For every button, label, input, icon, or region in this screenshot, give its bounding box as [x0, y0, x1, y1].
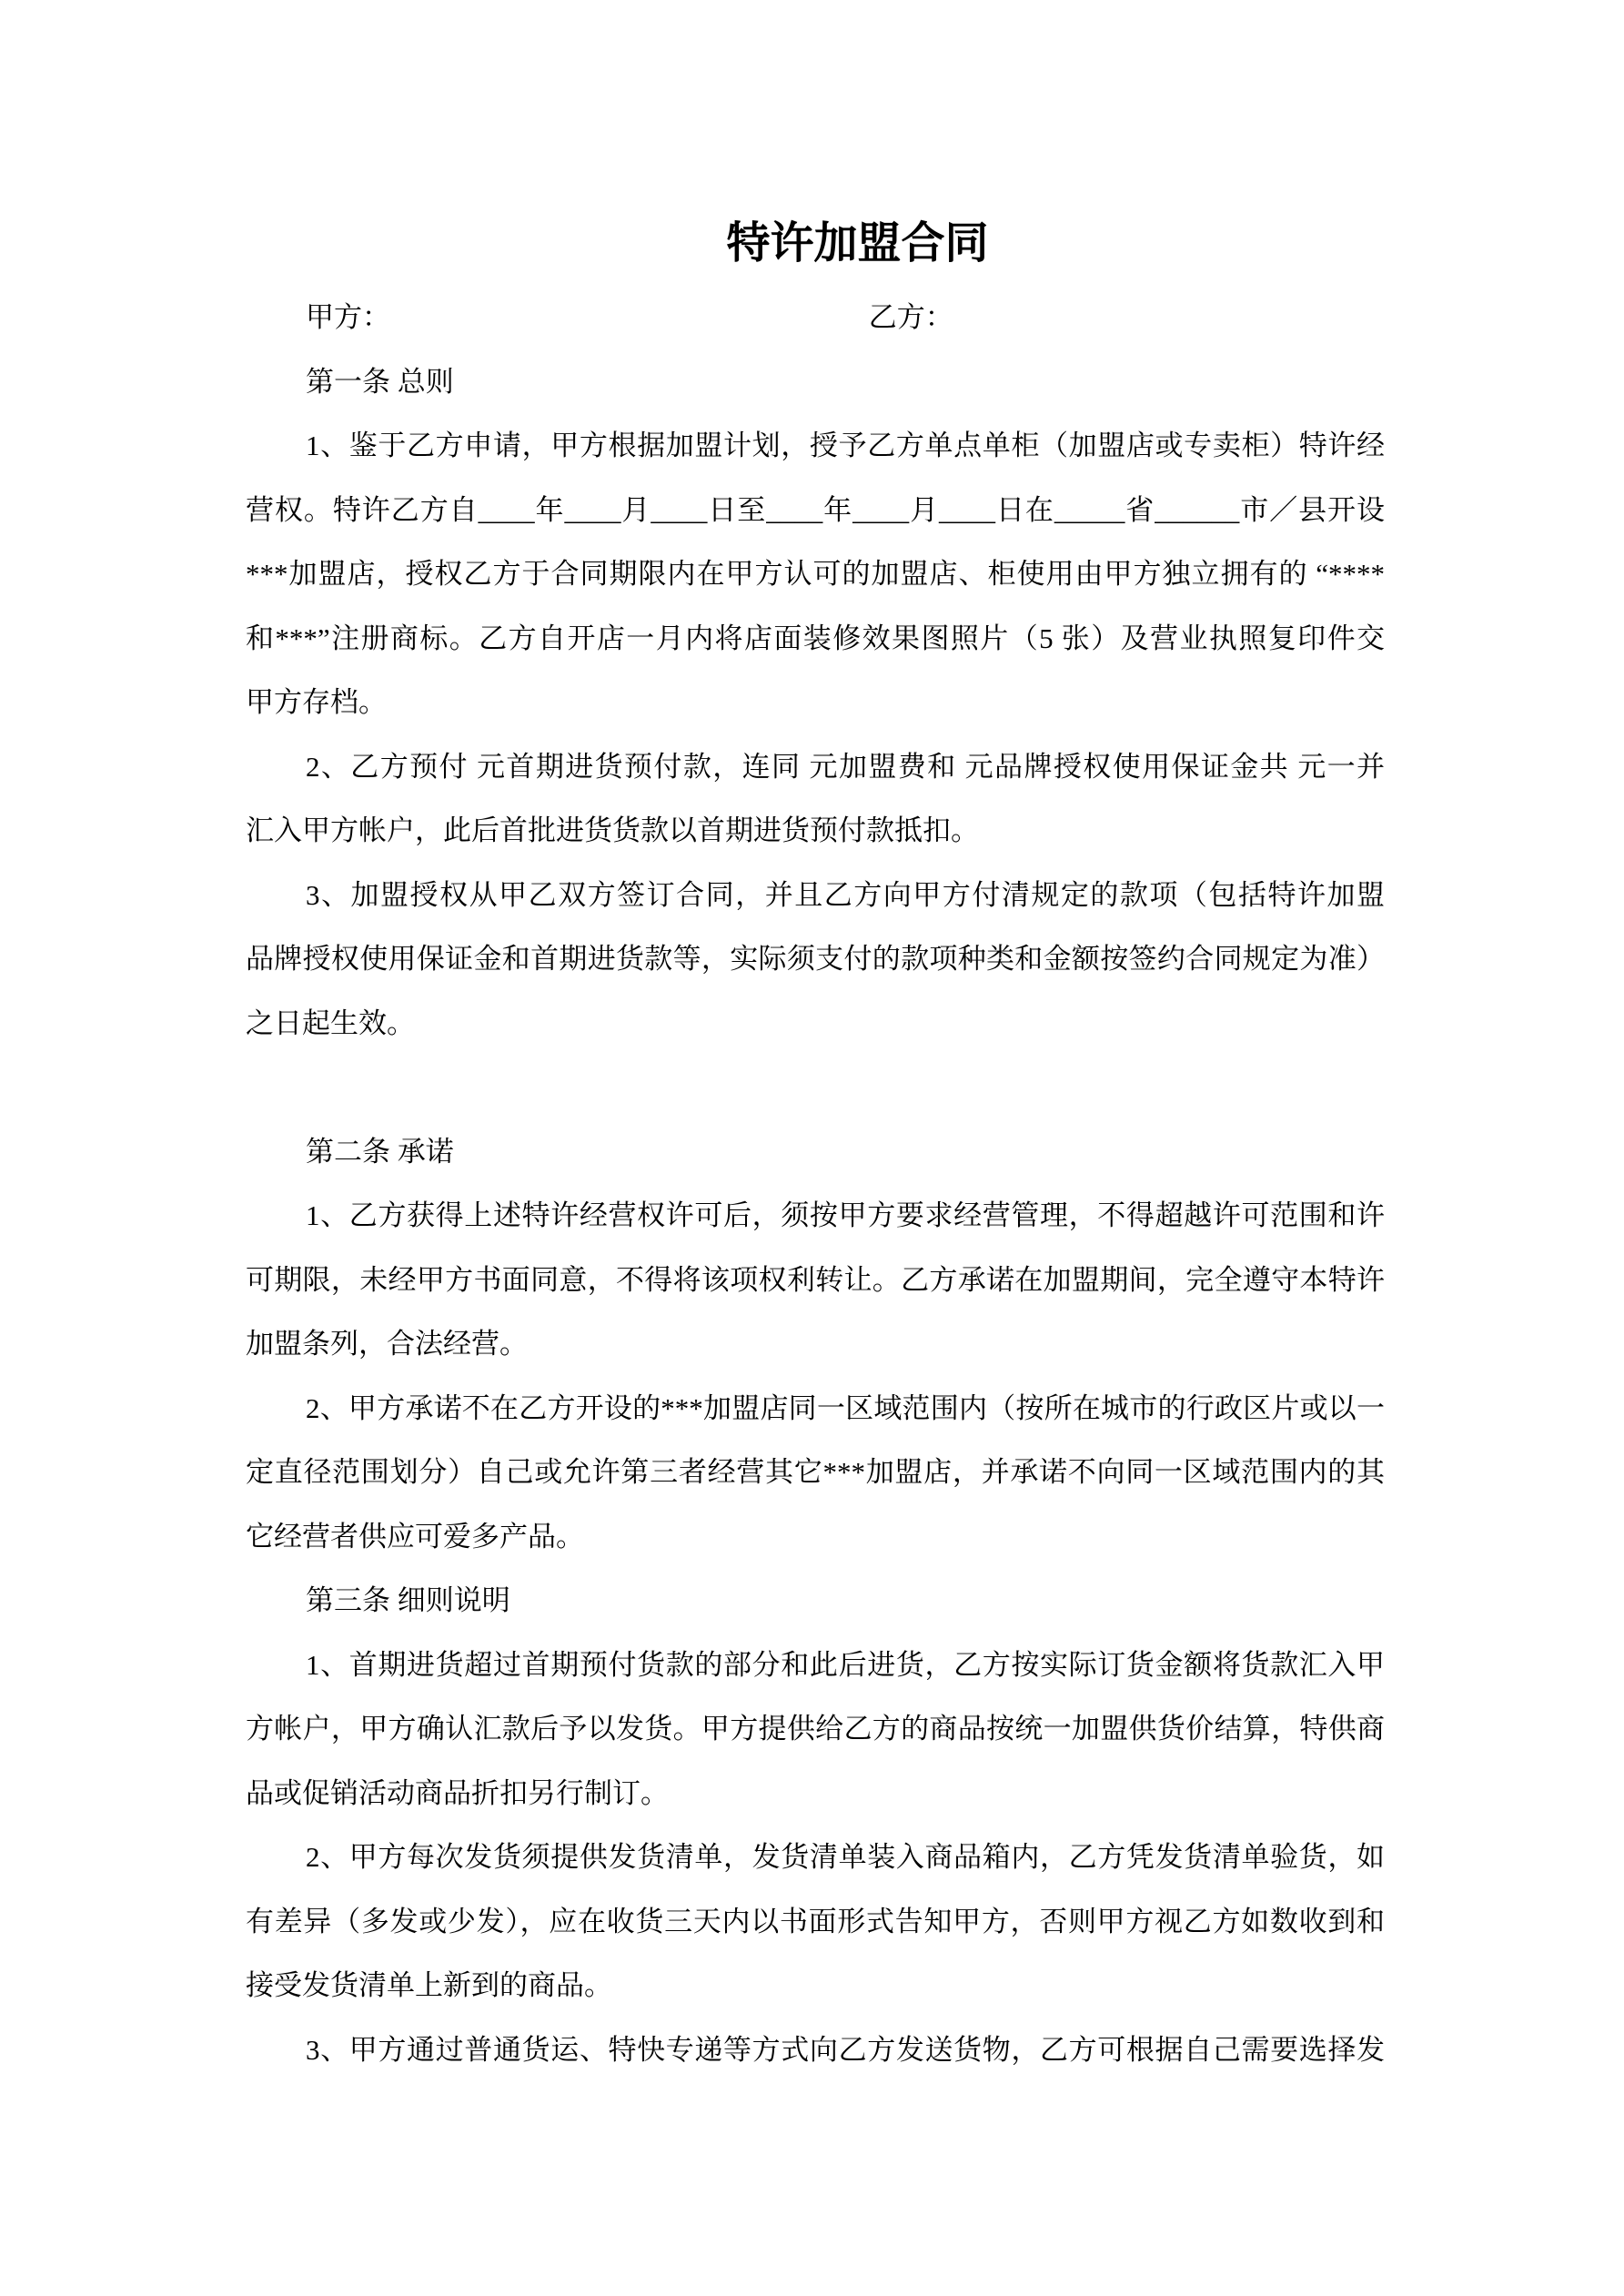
text-line: 1、鉴于乙方申请，甲方根据加盟计划，授予乙方单点单柜（加盟店或专卖柜）特许经: [246, 414, 1385, 479]
text-line: 1、首期进货超过首期预付货款的部分和此后进货，乙方按实际订货金额将货款汇入甲: [246, 1633, 1385, 1698]
text-line: 3、加盟授权从甲乙双方签订合同，并且乙方向甲方付清规定的款项（包括特许加盟费、: [246, 864, 1385, 928]
text-line: 营权。特许乙方自____年____月____日至____年____月____日在…: [246, 479, 1385, 543]
section-heading: 第三条 细则说明: [246, 1569, 1385, 1633]
text-line: 2、甲方每次发货须提供发货清单，发货清单装入商品箱内，乙方凭发货清单验货，如: [246, 1826, 1385, 1890]
lines-host: 第一条 总则1、鉴于乙方申请，甲方根据加盟计划，授予乙方单点单柜（加盟店或专卖柜…: [246, 350, 1385, 2083]
text-line: 可期限，未经甲方书面同意，不得将该项权利转让。乙方承诺在加盟期间，完全遵守本特许: [246, 1249, 1385, 1313]
section-heading: 第一条 总则: [246, 350, 1385, 415]
section-heading: 第二条 承诺: [246, 1120, 1385, 1185]
text-line: 加盟条列，合法经营。: [246, 1312, 1385, 1377]
document-body: 甲方： 乙方： 第一条 总则1、鉴于乙方申请，甲方根据加盟计划，授予乙方单点单柜…: [246, 286, 1385, 2082]
text-line: 和***”注册商标。乙方自开店一月内将店面装修效果图照片（5 张）及营业执照复印…: [246, 607, 1385, 672]
contract-page: 特许加盟合同 甲方： 乙方： 第一条 总则1、鉴于乙方申请，甲方根据加盟计划，授…: [0, 0, 1624, 2296]
text-line: 3、甲方通过普通货运、特快专递等方式向乙方发送货物，乙方可根据自己需要选择发: [246, 2018, 1385, 2083]
text-line: 甲方存档。: [246, 671, 1385, 735]
text-line: 2、乙方预付 元首期进货预付款，连同 元加盟费和 元品牌授权使用保证金共 元一并: [246, 735, 1385, 800]
party-a-label: 甲方：: [306, 301, 390, 333]
text-line: 接受发货清单上新到的商品。: [246, 1954, 1385, 2018]
party-b-label: 乙方：: [869, 301, 953, 333]
text-line: 品牌授权使用保证金和首期进货款等，实际须支付的款项种类和金额按签约合同规定为准）: [246, 927, 1385, 992]
text-line: 它经营者供应可爱多产品。: [246, 1505, 1385, 1570]
text-line: 汇入甲方帐户，此后首批进货货款以首期进货预付款抵扣。: [246, 799, 1385, 864]
text-line: 之日起生效。: [246, 992, 1385, 1057]
text-line: 有差异（多发或少发），应在收货三天内以书面形式告知甲方，否则甲方视乙方如数收到和: [246, 1890, 1385, 1955]
parties-row: 甲方： 乙方：: [246, 286, 1385, 350]
document-title: 特许加盟合同: [45, 215, 1624, 273]
text-line: 1、乙方获得上述特许经营权许可后，须按甲方要求经营管理，不得超越许可范围和许: [246, 1184, 1385, 1249]
text-line: 方帐户，甲方确认汇款后予以发货。甲方提供给乙方的商品按统一加盟供货价结算，特供商: [246, 1697, 1385, 1762]
text-line: ***加盟店，授权乙方于合同期限内在甲方认可的加盟店、柜使用由甲方独立拥有的 “…: [246, 542, 1385, 607]
text-line: 品或促销活动商品折扣另行制订。: [246, 1762, 1385, 1826]
blank-line: [246, 1056, 1385, 1120]
text-line: 定直径范围划分）自己或允许第三者经营其它***加盟店，并承诺不向同一区域范围内的…: [246, 1441, 1385, 1505]
text-line: 2、甲方承诺不在乙方开设的***加盟店同一区域范围内（按所在城市的行政区片或以一: [246, 1377, 1385, 1441]
